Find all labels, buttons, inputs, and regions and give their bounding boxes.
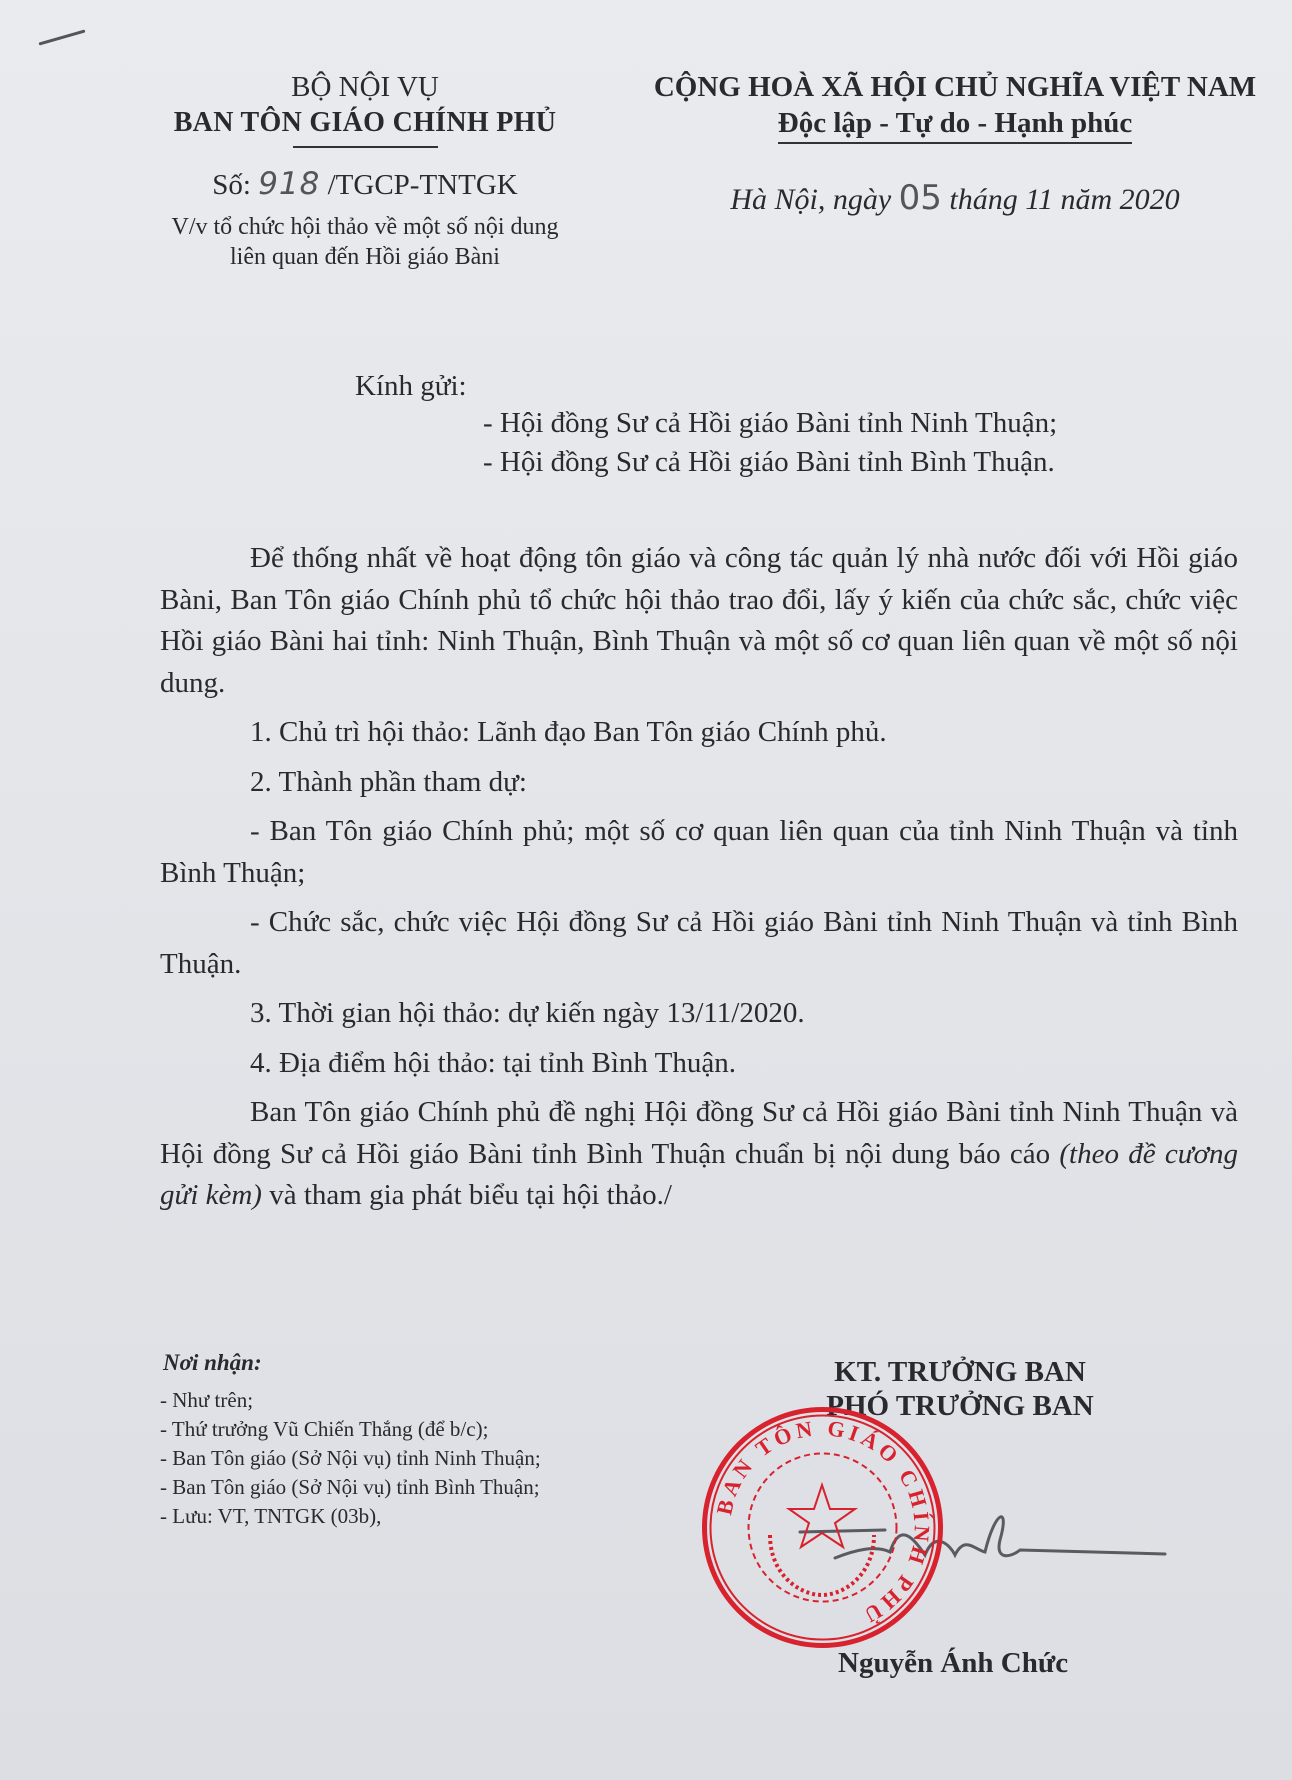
item-participants: 2. Thành phần tham dự:	[160, 762, 1238, 804]
date-line: Hà Nội, ngày 05 tháng 11 năm 2020	[620, 178, 1290, 218]
agency-name: BAN TÔN GIÁO CHÍNH PHỦ	[120, 106, 610, 140]
doc-number-label: Số:	[212, 169, 251, 201]
signer-name: Nguyễn Ánh Chức	[838, 1647, 1068, 1680]
document-number: Số: 918 /TGCP-TNTGK	[120, 166, 610, 202]
recipient-item: - Hội đồng Sư cả Hồi giáo Bàni tỉnh Ninh…	[483, 407, 1057, 440]
national-header-block: CỘNG HOÀ XÃ HỘI CHỦ NGHĨA VIỆT NAM Độc l…	[620, 68, 1290, 218]
distribution-item: - Thứ trưởng Vũ Chiến Thắng (để b/c);	[160, 1415, 541, 1444]
recipients-label: Kính gửi:	[355, 370, 467, 403]
item-host: 1. Chủ trì hội thảo: Lãnh đạo Ban Tôn gi…	[160, 712, 1238, 754]
closing-paragraph: Ban Tôn giáo Chính phủ đề nghị Hội đồng …	[160, 1092, 1238, 1217]
date-suffix: tháng 11 năm 2020	[949, 183, 1179, 216]
subject-line: V/v tổ chức hội thảo về một số nội dung …	[120, 212, 610, 272]
signer-title-1: KT. TRƯỞNG BAN	[780, 1355, 1140, 1389]
national-motto: Độc lập - Tự do - Hạnh phúc	[778, 106, 1133, 144]
doc-number-handwritten: 918	[258, 166, 320, 202]
issuing-agency-block: BỘ NỘI VỤ BAN TÔN GIÁO CHÍNH PHỦ Số: 918…	[120, 68, 610, 272]
ministry-name: BỘ NỘI VỤ	[120, 68, 610, 106]
distribution-list: - Như trên; - Thứ trưởng Vũ Chiến Thắng …	[160, 1386, 541, 1531]
official-seal: BAN TÔN GIÁO CHÍNH PHỦ	[700, 1405, 945, 1650]
pen-mark	[39, 29, 86, 45]
closing-text-end: và tham gia phát biểu tại hội thảo./	[262, 1179, 672, 1211]
distribution-item: - Ban Tôn giáo (Sở Nội vụ) tỉnh Bình Thu…	[160, 1473, 541, 1502]
document-page: BỘ NỘI VỤ BAN TÔN GIÁO CHÍNH PHỦ Số: 918…	[0, 0, 1292, 1780]
distribution-item: - Lưu: VT, TNTGK (03b),	[160, 1502, 541, 1531]
item-time: 3. Thời gian hội thảo: dự kiến ngày 13/1…	[160, 993, 1238, 1035]
participant-dignitaries: - Chức sắc, chức việc Hội đồng Sư cả Hồi…	[160, 902, 1238, 985]
recipient-item: - Hội đồng Sư cả Hồi giáo Bàni tỉnh Bình…	[483, 446, 1055, 479]
letter-body: Để thống nhất về hoạt động tôn giáo và c…	[160, 538, 1238, 1225]
subject-line-1: V/v tổ chức hội thảo về một số nội dung	[120, 212, 610, 242]
subject-line-2: liên quan đến Hồi giáo Bàni	[120, 242, 610, 272]
republic-name: CỘNG HOÀ XÃ HỘI CHỦ NGHĨA VIỆT NAM	[620, 68, 1290, 106]
date-prefix: Hà Nội, ngày	[730, 183, 891, 216]
agency-underline	[293, 146, 438, 148]
distribution-title: Nơi nhận:	[163, 1350, 262, 1376]
intro-paragraph: Để thống nhất về hoạt động tôn giáo và c…	[160, 538, 1238, 704]
item-location: 4. Địa điểm hội thảo: tại tỉnh Bình Thuậ…	[160, 1043, 1238, 1085]
doc-number-code: /TGCP-TNTGK	[328, 169, 518, 201]
distribution-item: - Như trên;	[160, 1386, 541, 1415]
participant-government: - Ban Tôn giáo Chính phủ; một số cơ quan…	[160, 811, 1238, 894]
date-day-handwritten: 05	[899, 178, 942, 218]
distribution-item: - Ban Tôn giáo (Sở Nội vụ) tỉnh Ninh Thu…	[160, 1444, 541, 1473]
